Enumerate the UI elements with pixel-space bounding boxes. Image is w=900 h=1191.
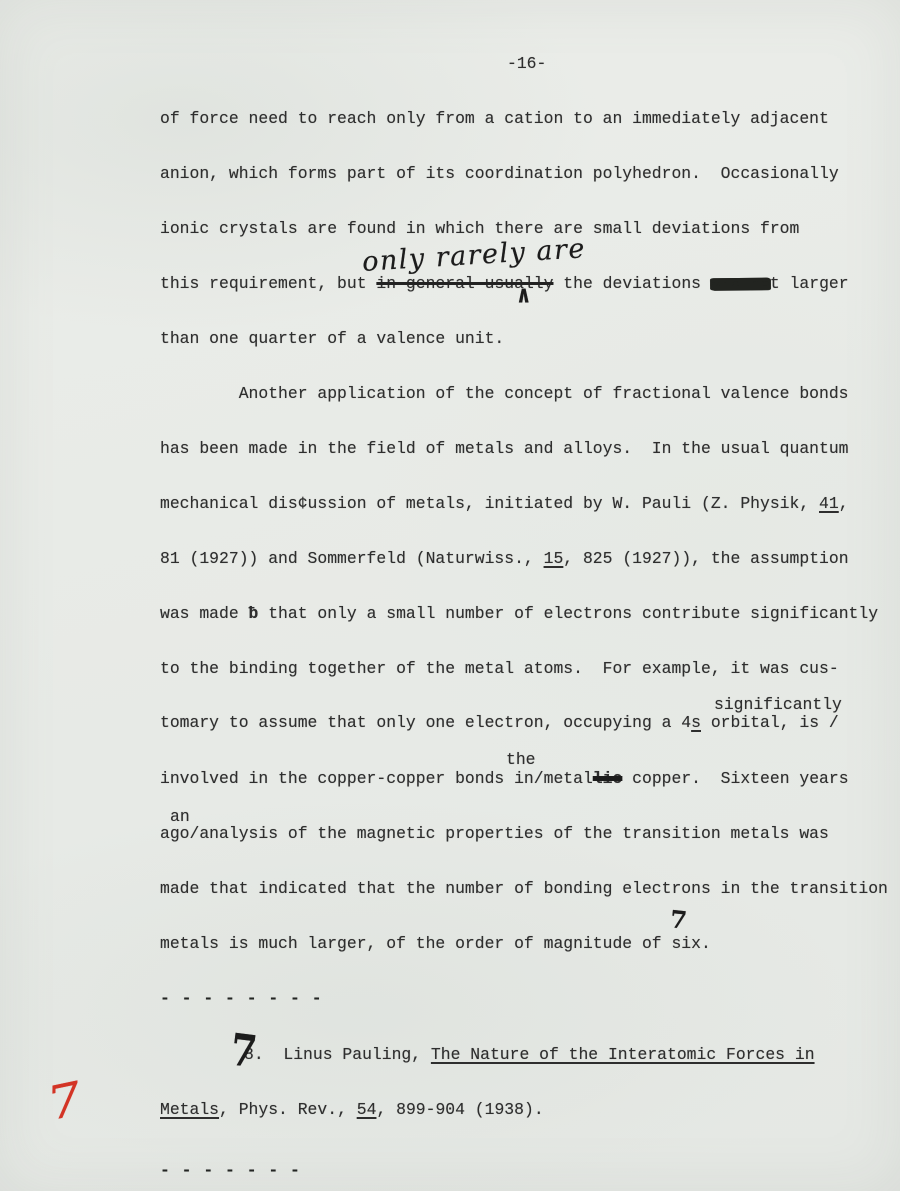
para2-line11: metals is much larger, of the order of m… bbox=[160, 933, 711, 955]
orbital-s-underlined: s bbox=[691, 713, 701, 732]
para2-line5: was made ƀ that only a small number of e… bbox=[160, 603, 878, 625]
para2-line2: has been made in the field of metals and… bbox=[160, 438, 849, 460]
red-margin-mark: 7 bbox=[43, 1075, 86, 1127]
footnote-separator-top: - - - - - - - - bbox=[160, 988, 323, 1010]
para1-line4-pre: this requirement, but bbox=[160, 274, 376, 293]
para2-line4: 81 (1927)) and Sommerfeld (Naturwiss., 1… bbox=[160, 548, 849, 570]
para2-line5-post: that only a small number of electrons co… bbox=[258, 604, 878, 623]
para1-line5: than one quarter of a valence unit. bbox=[160, 328, 504, 350]
footnote-author: Linus Pauling, bbox=[283, 1045, 431, 1064]
para2-line7-post: orbital, is / bbox=[701, 713, 839, 732]
para2-line10: made that indicated that the number of b… bbox=[160, 878, 888, 900]
footnote-separator-bottom: - - - - - - - bbox=[160, 1160, 301, 1182]
scanned-manuscript-page: -16- of force need to reach only from a … bbox=[0, 0, 900, 1191]
journal-volume-41: 41 bbox=[819, 494, 839, 513]
struck-text-lic: lic bbox=[593, 769, 623, 788]
para1-line1: of force need to reach only from a catio… bbox=[160, 108, 829, 130]
para2-line6: to the binding together of the metal ato… bbox=[160, 658, 839, 680]
footnote-citation-b: , 899-904 (1938). bbox=[376, 1100, 543, 1119]
para2-line11-text: metals is much larger, of the order of m… bbox=[160, 934, 711, 953]
insertion-caret: ∧ bbox=[516, 281, 531, 309]
para2-line7: tomary to assume that only one electron,… bbox=[160, 712, 839, 734]
footnote-citation-a: , Phys. Rev., bbox=[219, 1100, 357, 1119]
para2-line7-pre: tomary to assume that only one electron,… bbox=[160, 713, 691, 732]
footnote-line2: Metals, Phys. Rev., 54, 899-904 (1938). bbox=[160, 1099, 544, 1121]
footnote-line1: 8. Linus Pauling, The Nature of the Inte… bbox=[244, 1044, 815, 1066]
para1-line2: anion, which forms part of its coordinat… bbox=[160, 163, 839, 185]
para1-line4-post: t larger bbox=[770, 274, 849, 293]
para2-line4-text: 81 (1927)) and Sommerfeld (Naturwiss., bbox=[160, 549, 544, 568]
footnote-title-part2: Metals bbox=[160, 1100, 219, 1119]
journal-volume-15: 15 bbox=[544, 549, 564, 568]
footnote-gap bbox=[264, 1045, 284, 1064]
para2-line3: mechanical dis¢ussion of metals, initiat… bbox=[160, 493, 849, 515]
para1-line3: ionic crystals are found in which there … bbox=[160, 218, 799, 240]
footnote-volume-54: 54 bbox=[357, 1100, 377, 1119]
para2-line9: ago/analysis of the magnetic properties … bbox=[160, 823, 829, 845]
page-number: -16- bbox=[507, 53, 546, 75]
para2-line4-end: , 825 (1927)), the assumption bbox=[563, 549, 848, 568]
para2-line8-pre: involved in the copper-copper bonds in/m… bbox=[160, 769, 593, 788]
para1-line4-mid: the deviations bbox=[553, 274, 710, 293]
footnote-title-part1: The Nature of the Interatomic Forces in bbox=[431, 1045, 815, 1064]
para2-line5-pre: was made bbox=[160, 604, 249, 623]
para2-line8: involved in the copper-copper bonds in/m… bbox=[160, 768, 849, 790]
para2-line3-text: mechanical dis¢ussion of metals, initiat… bbox=[160, 494, 819, 513]
handwritten-footnote-marker-seven: 7 bbox=[669, 907, 688, 933]
blotted-out-text: are no bbox=[711, 278, 770, 291]
para2-line8-post: copper. Sixteen years bbox=[622, 769, 848, 788]
para2-line3-end: , bbox=[839, 494, 849, 513]
handwritten-number-seven-over-eight: 7 bbox=[228, 1029, 259, 1076]
para1-line4: this requirement, but in general usually… bbox=[160, 273, 849, 295]
para2-line1: Another application of the concept of fr… bbox=[160, 383, 849, 405]
overtyped-character: ƀ bbox=[249, 604, 259, 623]
